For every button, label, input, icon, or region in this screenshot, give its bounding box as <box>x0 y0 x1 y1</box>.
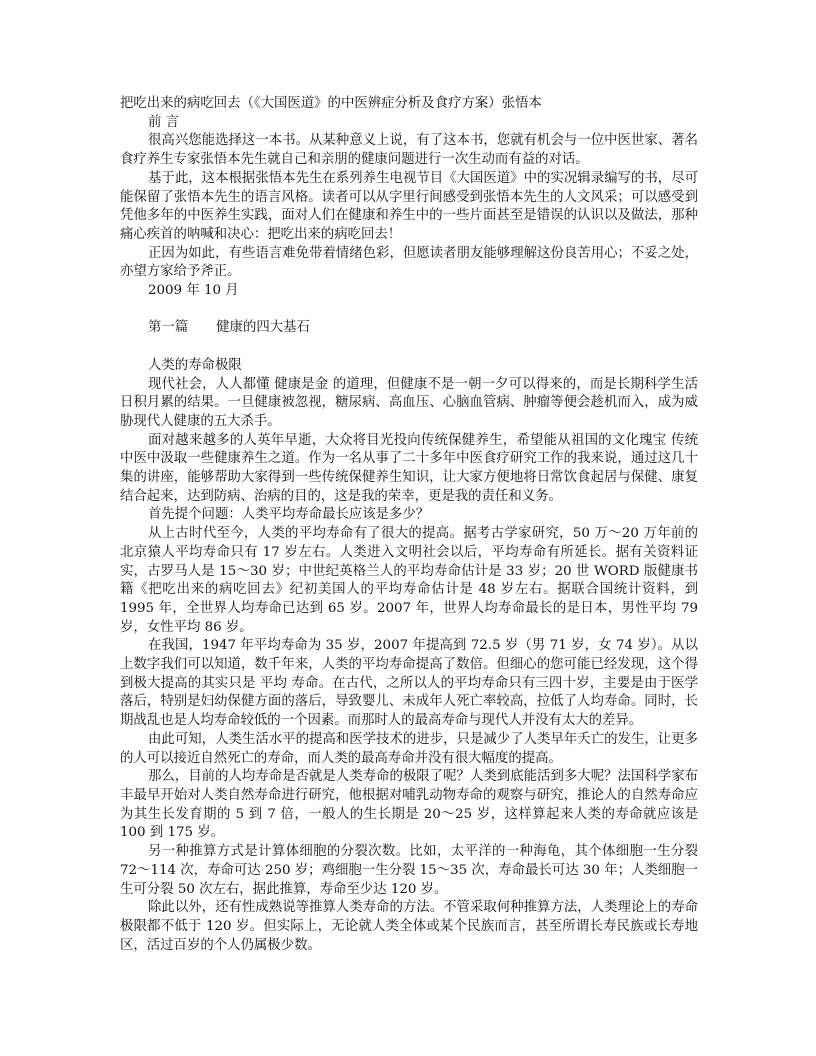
body-paragraph: 那么，目前的人均寿命是否就是人类寿命的极限了呢？人类到底能活到多大呢？法国科学家… <box>120 768 698 843</box>
document-page: 把吃出来的病吃回去（《大国医道》的中医辨症分析及食疗方案）张悟本 前 言 很高兴… <box>120 95 698 955</box>
body-paragraph: 除此以外，还有性成熟说等推算人类寿命的方法。不管采取何种推算方法，人类理论上的寿… <box>120 899 698 955</box>
preface-date: 2009 年 10 月 <box>120 282 698 301</box>
body-paragraph: 在我国，1947 年平均寿命为 35 岁，2007 年提高到 72.5 岁（男 … <box>120 637 698 731</box>
part-heading: 第一篇健康的四大基石 <box>120 319 698 338</box>
body-paragraph: 面对越来越多的人英年早逝，大众将目光投向传统保健养生，希望能从祖国的文化瑰宝 传… <box>120 432 698 507</box>
body-paragraph: 首先提个问题：人类平均寿命最长应该是多少？ <box>120 506 698 525</box>
body-paragraph: 另一种推算方式是计算体细胞的分裂次数。比如，太平洋的一种海龟，其个体细胞一生分裂… <box>120 843 698 899</box>
section-heading: 人类的寿命极限 <box>120 357 698 376</box>
part-title: 健康的四大基石 <box>216 320 310 335</box>
blank-line <box>120 301 698 320</box>
document-title: 把吃出来的病吃回去（《大国医道》的中医辨症分析及食疗方案）张悟本 <box>120 95 698 114</box>
body-paragraph: 由此可知，人类生活水平的提高和医学技术的进步，只是减少了人类早年夭亡的发生，让更… <box>120 731 698 768</box>
preface-paragraph: 正因为如此，有些语言难免带着情绪色彩，但愿读者朋友能够理解这份良苦用心；不妥之处… <box>120 245 698 282</box>
preface-heading: 前 言 <box>120 114 698 133</box>
preface-paragraph: 基于此，这本根据张悟本先生在系列养生电视节目《大国医道》中的实况辑录编写的书，尽… <box>120 170 698 245</box>
blank-line <box>120 338 698 357</box>
body-paragraph: 从上古时代至今，人类的平均寿命有了很大的提高。据考古学家研究，50 万～20 万… <box>120 525 698 637</box>
part-number: 第一篇 <box>148 320 188 335</box>
preface-paragraph: 很高兴您能选择这一本书。从某种意义上说，有了这本书，您就有机会与一位中医世家、著… <box>120 132 698 169</box>
body-paragraph: 现代社会，人人都懂 健康是金 的道理，但健康不是一朝一夕可以得来的，而是长期科学… <box>120 376 698 432</box>
